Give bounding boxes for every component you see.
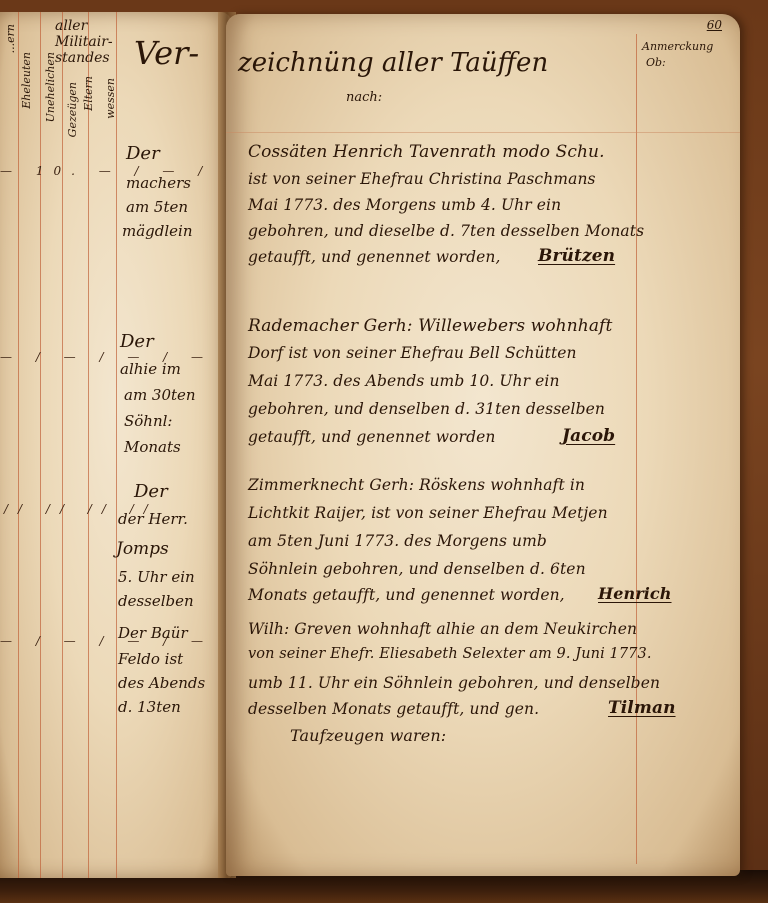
entry-line: gebohren, und dieselbe d. 7ten desselben… xyxy=(248,222,644,240)
entry-line: getaufft, und genennet worden, xyxy=(248,248,500,266)
ditto-marks: — / — / — / — xyxy=(0,350,213,364)
annotation-column-header: Anmerckung xyxy=(642,40,713,53)
entry-line: Monats getaufft, und genennet worden, xyxy=(248,586,565,604)
child-name: Tilman xyxy=(608,698,676,718)
child-name: Brützen xyxy=(538,246,615,266)
entry-line: Mai 1773. des Abends umb 10. Uhr ein xyxy=(248,372,560,390)
margin-rule xyxy=(636,34,637,864)
column-header-military: aller Militair-standes xyxy=(55,18,115,66)
entry-line: Söhnlein gebohren, und denselben d. 6ten xyxy=(248,560,586,578)
entry-line: Rademacher Gerh: Willewebers wohnhaft xyxy=(248,316,612,336)
page-number: 60 xyxy=(707,18,722,32)
godparents-line: Taufzeugen waren: xyxy=(290,726,446,745)
entry-line: desselben Monats getaufft, und gen. xyxy=(248,700,539,718)
column-rule xyxy=(62,12,63,878)
ditto-marks: — 10. — / — / — / — xyxy=(0,164,232,178)
entry-line: von seiner Ehefr. Eliesabeth Selexter am… xyxy=(248,646,652,662)
entry-line: umb 11. Uhr ein Söhnlein gebohren, und d… xyxy=(248,674,660,692)
column-header: wessen xyxy=(104,78,117,119)
entry-line: Zimmerknecht Gerh: Röskens wohnhaft in xyxy=(248,476,585,494)
column-header: Gezeügen xyxy=(66,82,79,137)
heading-prefix: Ver- xyxy=(134,34,199,72)
column-rule xyxy=(88,12,89,878)
column-header: Eltern xyxy=(82,76,95,111)
child-name: Henrich xyxy=(598,584,672,603)
header-rule xyxy=(226,132,740,133)
child-name: Jacob xyxy=(562,426,615,446)
page-subheading: nach: xyxy=(346,90,382,105)
right-page: 60 Anmerckung Ob: zeichnüng aller Taüffe… xyxy=(226,14,740,876)
entry-line: am 5ten Juni 1773. des Morgens umb xyxy=(248,532,547,550)
column-rule xyxy=(18,12,19,878)
column-rule xyxy=(40,12,41,878)
left-page: ...ern Eheleuten Unehelichen aller Milit… xyxy=(0,12,232,878)
page-heading: zeichnüng aller Taüffen xyxy=(238,48,548,78)
column-header: Eheleuten xyxy=(20,52,33,109)
entry-line: Mai 1773. des Morgens umb 4. Uhr ein xyxy=(248,196,561,214)
entry-line: gebohren, und denselben d. 31ten desselb… xyxy=(248,400,605,418)
entry-line: ist von seiner Ehefrau Christina Paschma… xyxy=(248,170,596,188)
entry-line: getaufft, und genennet worden xyxy=(248,428,495,446)
entry-line: Dorf ist von seiner Ehefrau Bell Schütte… xyxy=(248,344,577,362)
entry-line: Cossäten Henrich Tavenrath modo Schu. xyxy=(248,142,605,162)
entry-line: Lichtkit Raijer, ist von seiner Ehefrau … xyxy=(248,504,608,522)
column-rule xyxy=(116,12,117,878)
annotation-column-subheader: Ob: xyxy=(646,56,666,69)
column-header: ...ern xyxy=(4,24,17,53)
entry-line: Wilh: Greven wohnhaft alhie an dem Neuki… xyxy=(248,620,637,638)
